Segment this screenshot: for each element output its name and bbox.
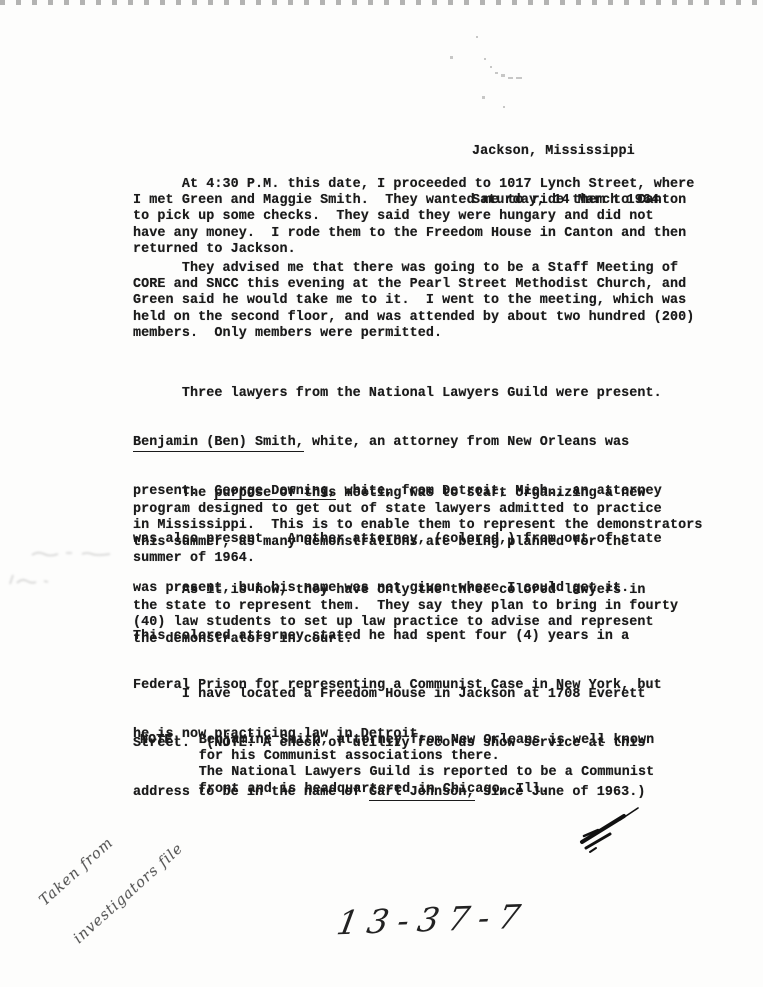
report-paragraph-2: They advised me that there was going to …	[133, 261, 733, 342]
scanned-document-page: Jackson, Mississippi Saturday, 14 March …	[0, 0, 763, 987]
pencil-smudge	[8, 572, 70, 588]
pencil-smudge	[30, 549, 116, 559]
note-label: NOTE:	[140, 733, 181, 749]
underlined-name-ben-smith: Benjamin (Ben) Smith,	[133, 435, 304, 452]
report-paragraph-5: As it is now, they have only the three c…	[133, 583, 733, 648]
report-line: Benjamin (Ben) Smith, white, an attorney…	[133, 435, 733, 451]
report-paragraph-1: At 4:30 P.M. this date, I proceeded to 1…	[133, 177, 733, 258]
note-block: NOTE: Benjamine Smith, attorney from New…	[140, 733, 740, 798]
scan-crease-marks	[448, 34, 538, 109]
scan-edge-dots	[0, 0, 763, 5]
ink-scribble	[572, 800, 652, 855]
note-body: Benjamine Smith, attorney from New Orlea…	[199, 733, 719, 798]
report-line: I have located a Freedom House in Jackso…	[133, 687, 733, 703]
dateline-location: Jackson, Mississippi	[472, 144, 659, 160]
report-line: Three lawyers from the National Lawyers …	[133, 386, 733, 402]
handwritten-file-number: 13-37-7	[334, 897, 533, 943]
report-paragraph-4: The purpose of this meeting was to start…	[133, 486, 733, 567]
